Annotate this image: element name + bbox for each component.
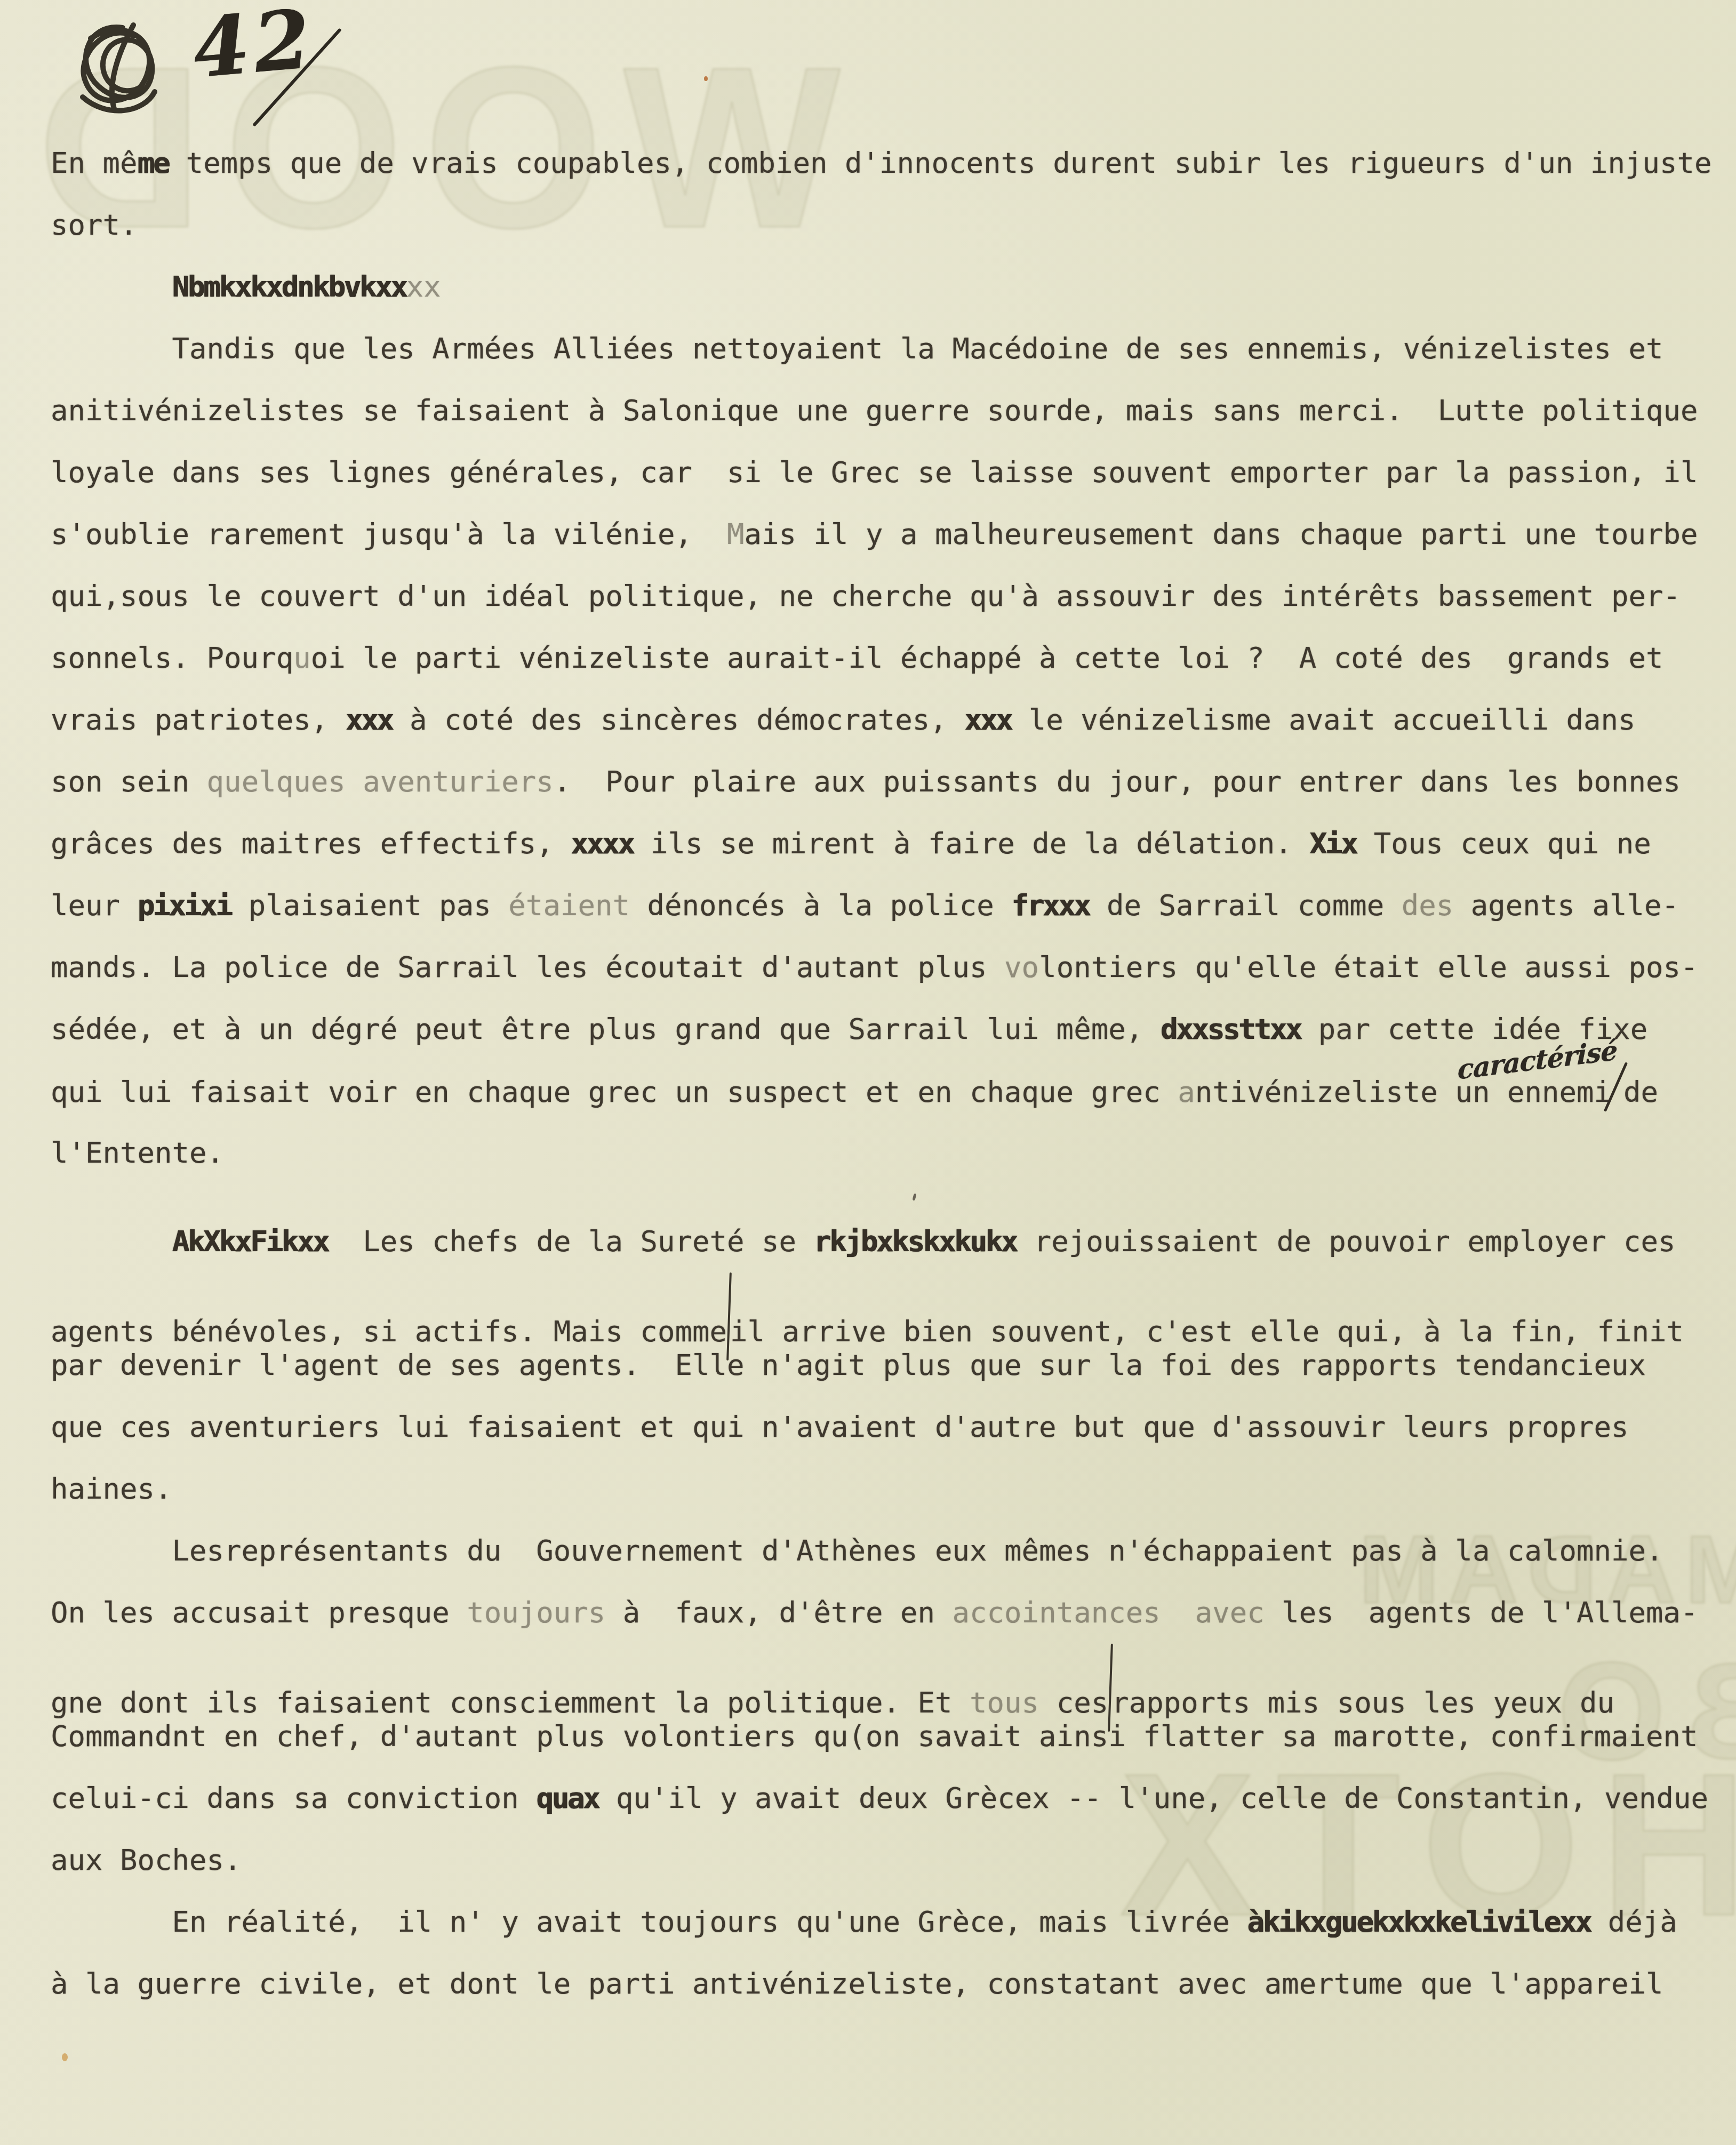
- struck-out-text: Xix: [1309, 827, 1356, 860]
- paper-speck: [62, 2053, 68, 2061]
- typed-text: sonnels. Pourq: [51, 641, 293, 675]
- typed-text: par cette idée fixe: [1301, 1012, 1647, 1046]
- typed-text: le vénizelisme avait accueilli dans: [1011, 703, 1635, 737]
- faded-typed-text: accointances avec: [953, 1596, 1265, 1629]
- typed-text: haines.: [51, 1472, 172, 1506]
- typed-text: sort.: [51, 208, 138, 242]
- typed-line: agents bénévoles, si actifs. Mais commei…: [51, 1272, 1720, 1334]
- typed-line: qui lui faisait voir en chaque grec un s…: [51, 1060, 1720, 1122]
- typed-text: leur: [51, 889, 138, 922]
- typed-text-block: En même temps que de vrais coupables, co…: [51, 132, 1720, 2015]
- struck-out-text: àkikxguekxkxkelivilexx: [1247, 1905, 1590, 1939]
- typed-text: à coté des sincères démocrates,: [393, 703, 965, 737]
- typed-text: agents alle-: [1453, 889, 1679, 922]
- typed-text: Commandnt en chef, d'autant plus volonti…: [51, 1719, 1698, 1753]
- typed-text: [51, 1224, 172, 1258]
- typed-text: qui lui faisait voir en chaque grec un s…: [51, 1075, 1178, 1109]
- faded-typed-text: a: [1178, 1075, 1195, 1109]
- typed-line: anitivénizelistes se faisaient à Saloniq…: [51, 380, 1720, 442]
- typed-text: grâces des maitres effectifs,: [51, 827, 571, 860]
- typed-line: aux Boches.: [51, 1829, 1720, 1891]
- typed-line: AkXkxFikxx Les chefs de la Sureté se rkj…: [51, 1211, 1720, 1272]
- faded-typed-text: vo: [1004, 950, 1039, 984]
- typed-text: qu'il y avait deux Grècex -- l'une, cell…: [598, 1781, 1708, 1815]
- typed-line: Commandnt en chef, d'autant plus volonti…: [51, 1706, 1720, 1767]
- typed-text: à la guerre civile, et dont le parti ant…: [51, 1967, 1663, 2000]
- typed-line: l'Entente.: [51, 1122, 1720, 1184]
- typed-text: ais il y a malheureusement dans chaque p…: [744, 517, 1698, 551]
- paragraph-gap: [51, 1184, 1720, 1211]
- faded-typed-text: étaient: [508, 889, 630, 922]
- faded-typed-text: u: [293, 641, 311, 675]
- typed-text: [51, 270, 172, 303]
- typed-line: son sein quelques aventuriers. Pour plai…: [51, 751, 1720, 813]
- typed-text: Les chefs de la Sureté se: [328, 1224, 813, 1258]
- typed-text: En réalité, il n' y avait toujours qu'un…: [51, 1905, 1247, 1939]
- ink-scribble: [53, 6, 192, 134]
- paper-speck: [704, 76, 708, 81]
- struck-out-text: frxxx: [1011, 889, 1089, 922]
- struck-out-text: rkjbxkskxkukx: [814, 1224, 1017, 1258]
- struck-out-text: dxxssttxx: [1161, 1012, 1301, 1046]
- typed-text: aux Boches.: [51, 1843, 242, 1877]
- typed-line: En même temps que de vrais coupables, co…: [51, 132, 1720, 194]
- typed-text: mands. La police de Sarrail les écoutait…: [51, 950, 1004, 984]
- typed-text: s'oublie rarement jusqu'à la vilénie,: [51, 517, 727, 551]
- typed-text: dénoncés à la police: [630, 889, 1011, 922]
- typed-text: anitivénizelistes se faisaient à Saloniq…: [51, 394, 1698, 427]
- typed-line: Nbmkxkxdnkbvkxxxx: [51, 256, 1720, 318]
- typed-line: grâces des maitres effectifs, xxxx ils s…: [51, 813, 1720, 875]
- typed-line: Tandis que les Armées Alliées nettoyaien…: [51, 318, 1720, 380]
- faded-typed-text: M: [727, 517, 745, 551]
- typed-text: par devenir l'agent de ses agents. Elle …: [51, 1348, 1646, 1382]
- faded-typed-text: toujours: [467, 1596, 605, 1629]
- typed-line: qui,sous le couvert d'un idéal politique…: [51, 565, 1720, 627]
- typed-line: loyale dans ses lignes générales, car si…: [51, 442, 1720, 503]
- typed-line: celui-ci dans sa conviction quax qu'il y…: [51, 1767, 1720, 1829]
- typed-text: En mê: [51, 146, 138, 180]
- struck-out-text: me: [138, 146, 169, 180]
- typed-line: haines.: [51, 1458, 1720, 1520]
- typed-line: sonnels. Pourquoi le parti vénizeliste a…: [51, 627, 1720, 689]
- typed-text: celui-ci dans sa conviction: [51, 1781, 536, 1815]
- typed-line: sédée, et à un dégré peut être plus gran…: [51, 998, 1720, 1060]
- faded-typed-text: xx: [406, 270, 441, 303]
- typed-text: ils se mirent à faire de la délation.: [633, 827, 1309, 860]
- faded-typed-text: tous: [970, 1686, 1039, 1719]
- typed-text: que ces aventuriers lui faisaient et qui…: [51, 1410, 1628, 1444]
- faded-typed-text: des: [1402, 889, 1454, 922]
- typed-line: sort.: [51, 194, 1720, 256]
- typed-text: oi le parti vénizeliste aurait-il échapp…: [311, 641, 1663, 675]
- typed-text: les agents de l'Allema-: [1265, 1596, 1698, 1629]
- typed-text: de Sarrail comme: [1090, 889, 1402, 922]
- typed-text: On les accusait presque: [51, 1596, 467, 1629]
- typed-text: ntivénizeliste un ennemi: [1195, 1075, 1611, 1109]
- struck-out-text: xxxx: [571, 827, 633, 860]
- struck-out-text: xxx: [346, 703, 393, 737]
- typed-text: son sein: [51, 765, 207, 798]
- struck-out-text: Nbmkxkxdnkbvkxx: [172, 270, 406, 303]
- struck-out-text: xxx: [964, 703, 1011, 737]
- typed-line: mands. La police de Sarrail les écoutait…: [51, 937, 1720, 998]
- typed-line: à la guerre civile, et dont le parti ant…: [51, 1953, 1720, 2015]
- faded-typed-text: quelques aventuriers: [207, 765, 554, 798]
- typed-line: par devenir l'agent de ses agents. Elle …: [51, 1334, 1720, 1396]
- typed-line: En réalité, il n' y avait toujours qu'un…: [51, 1891, 1720, 1953]
- document-page: WOOD MADAM BO HOTX 42 caractérisé En mêm…: [0, 0, 1736, 2145]
- typed-text: lontiers qu'elle était elle aussi pos-: [1039, 950, 1698, 984]
- typed-text: l'Entente.: [51, 1136, 224, 1170]
- typed-text: déjà: [1590, 1905, 1677, 1939]
- typed-text: temps que de vrais coupables, combien d'…: [169, 146, 1711, 180]
- typed-text: plaisaient pas: [231, 889, 508, 922]
- typed-text: vrais patriotes,: [51, 703, 346, 737]
- typed-text: Tous ceux qui ne: [1356, 827, 1651, 860]
- typed-line: s'oublie rarement jusqu'à la vilénie, Ma…: [51, 503, 1720, 565]
- typed-text: Lesreprésentants du Gouvernement d'Athèn…: [51, 1534, 1663, 1567]
- typed-text: à faux, d'être en: [605, 1596, 952, 1629]
- typed-line: Lesreprésentants du Gouvernement d'Athèn…: [51, 1520, 1720, 1582]
- struck-out-text: pixixi: [138, 889, 231, 922]
- typed-text: rejouissaient de pouvoir employer ces: [1017, 1224, 1675, 1258]
- typed-line: que ces aventuriers lui faisaient et qui…: [51, 1396, 1720, 1458]
- typed-text: Tandis que les Armées Alliées nettoyaien…: [51, 332, 1663, 365]
- typed-text: qui,sous le couvert d'un idéal politique…: [51, 579, 1681, 613]
- typed-line: vrais patriotes, xxx à coté des sincères…: [51, 689, 1720, 751]
- typed-text: de: [1623, 1075, 1658, 1109]
- typed-line: gne dont ils faisaient consciemment la p…: [51, 1644, 1720, 1706]
- typed-text: sédée, et à un dégré peut être plus gran…: [51, 1012, 1161, 1046]
- typed-line: On les accusait presque toujours à faux,…: [51, 1582, 1720, 1644]
- struck-out-text: AkXkxFikxx: [172, 1224, 329, 1258]
- typed-line: leur pixixi plaisaient pas étaient dénon…: [51, 875, 1720, 937]
- typed-text: . Pour plaire aux puissants du jour, pou…: [554, 765, 1681, 798]
- typed-text: loyale dans ses lignes générales, car si…: [51, 455, 1698, 489]
- struck-out-text: quax: [536, 1781, 598, 1815]
